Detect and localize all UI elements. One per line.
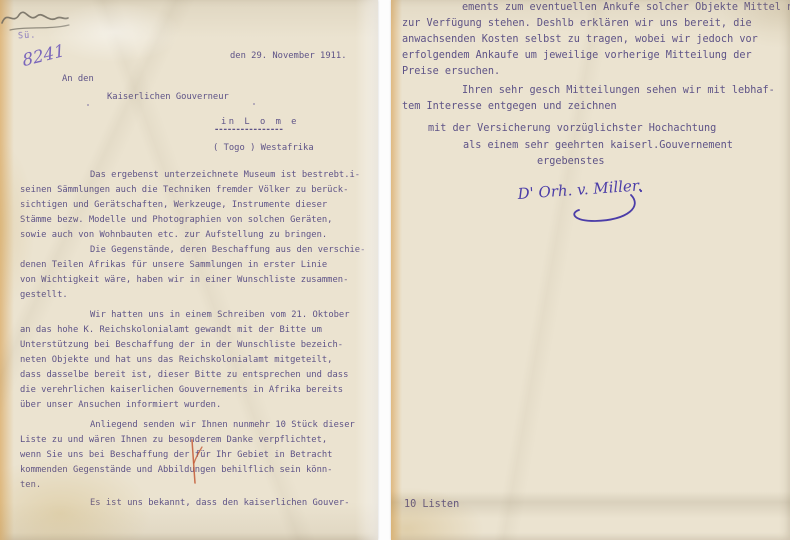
paragraph: Wir hatten uns in einem Schreiben vom 21…	[20, 308, 365, 413]
signature: D' Orh. v. Miller.	[515, 180, 655, 230]
paragraph: Es ist uns bekannt, dass den kaiserliche…	[20, 496, 365, 511]
paragraph: Das ergebenst unterzeichnete Museum ist …	[20, 168, 365, 243]
address-line: Kaiserlichen Gouverneur	[107, 92, 229, 102]
red-check-mark	[188, 436, 208, 488]
closing-line-3: ergebenstes	[537, 156, 604, 167]
signature-text: D' Orh. v. Miller.	[516, 176, 643, 203]
address-underline: ----------------	[214, 125, 283, 135]
letter-page-2: ements zum eventuellen Ankufe solcher Ob…	[391, 0, 790, 540]
pencil-note	[0, 3, 80, 35]
registry-stamp: Sü.	[18, 31, 37, 42]
registry-number: 8241	[21, 41, 66, 71]
ink-dot	[87, 104, 89, 106]
paragraph: ements zum eventuellen Ankufe solcher Ob…	[402, 0, 790, 80]
date-line: den 29. November 1911.	[230, 51, 347, 61]
document-scan: Sü. 8241 den 29. November 1911. An den K…	[0, 0, 790, 540]
closing-line-1: mit der Versicherung vorzüglichster Hoch…	[428, 123, 716, 134]
address-line: ( Togo ) Westafrika	[213, 143, 314, 153]
closing-line-2: als einem sehr geehrten kaiserl.Gouverne…	[463, 140, 733, 151]
page2-body: ements zum eventuellen Ankufe solcher Ob…	[402, 0, 790, 115]
enclosure-note: 10 Listen	[404, 499, 459, 510]
ink-dot	[253, 103, 255, 105]
paragraph: Ihren sehr gesch Mitteilungen sehen wir …	[402, 83, 790, 115]
letter-page-1: Sü. 8241 den 29. November 1911. An den K…	[0, 0, 378, 540]
signature-flourish	[574, 195, 635, 221]
paragraph: Die Gegenstände, deren Beschaffung aus d…	[20, 243, 365, 303]
address-line: An den	[62, 74, 94, 84]
